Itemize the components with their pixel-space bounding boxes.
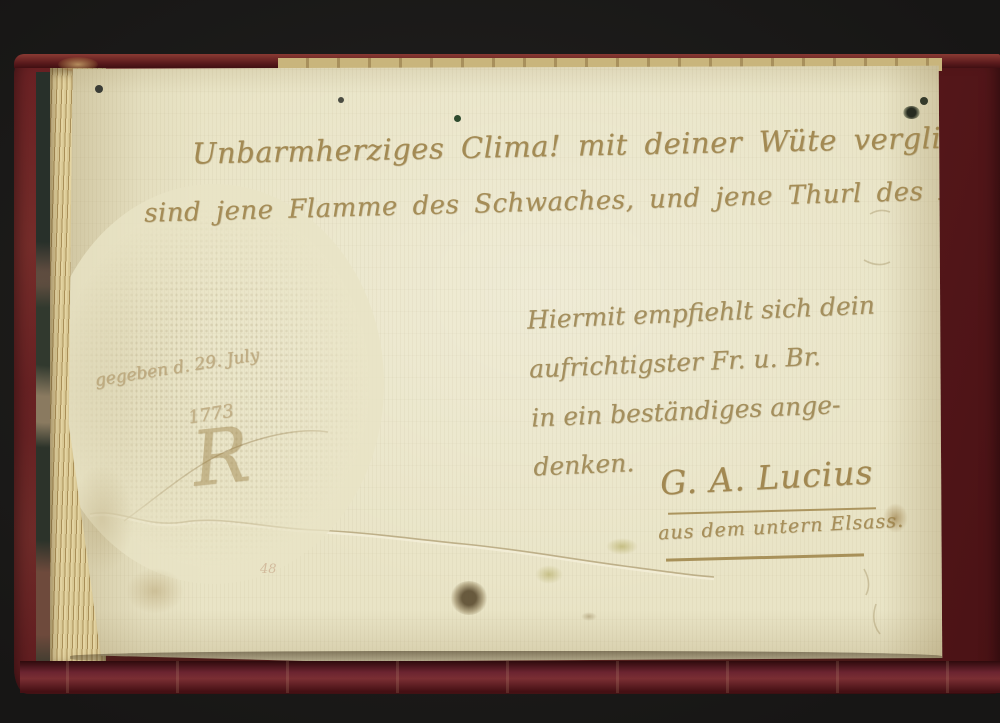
- dark-blotch: [903, 106, 920, 119]
- leather-cover-bottom-edge: [20, 661, 1000, 693]
- photo-background: Unbarmherziges Clima! mit deiner Wüte ve…: [0, 0, 1000, 723]
- pen-flourish: R: [188, 409, 254, 503]
- dark-speck: [95, 85, 103, 93]
- dark-speck-2: [338, 97, 344, 103]
- green-speck: [454, 115, 461, 122]
- dark-speck-3: [920, 97, 928, 105]
- yellow-stain-2: [606, 538, 638, 555]
- page-number: 48: [260, 562, 277, 577]
- dark-ink-stain: [450, 581, 488, 615]
- page-right-edge: [932, 64, 950, 660]
- ink-smudge: [581, 612, 597, 621]
- faint-stain: [126, 568, 184, 614]
- manuscript-page: Unbarmherziges Clima! mit deiner Wüte ve…: [64, 64, 944, 664]
- yellow-stain: [535, 565, 563, 584]
